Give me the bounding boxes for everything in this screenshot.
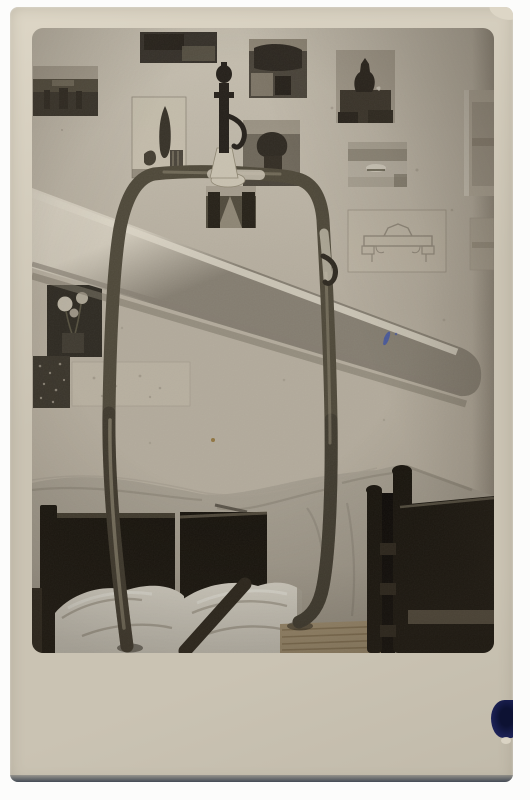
worn-corner-top-right <box>487 7 513 23</box>
worn-chip-bottom-right <box>501 737 511 744</box>
photo-scene <box>32 28 494 653</box>
photo-card <box>10 7 513 782</box>
ink-blot <box>491 700 513 738</box>
card-bottom-edge <box>10 775 513 782</box>
scan-background <box>0 0 530 800</box>
photograph <box>32 28 494 653</box>
film-grain <box>32 28 494 653</box>
